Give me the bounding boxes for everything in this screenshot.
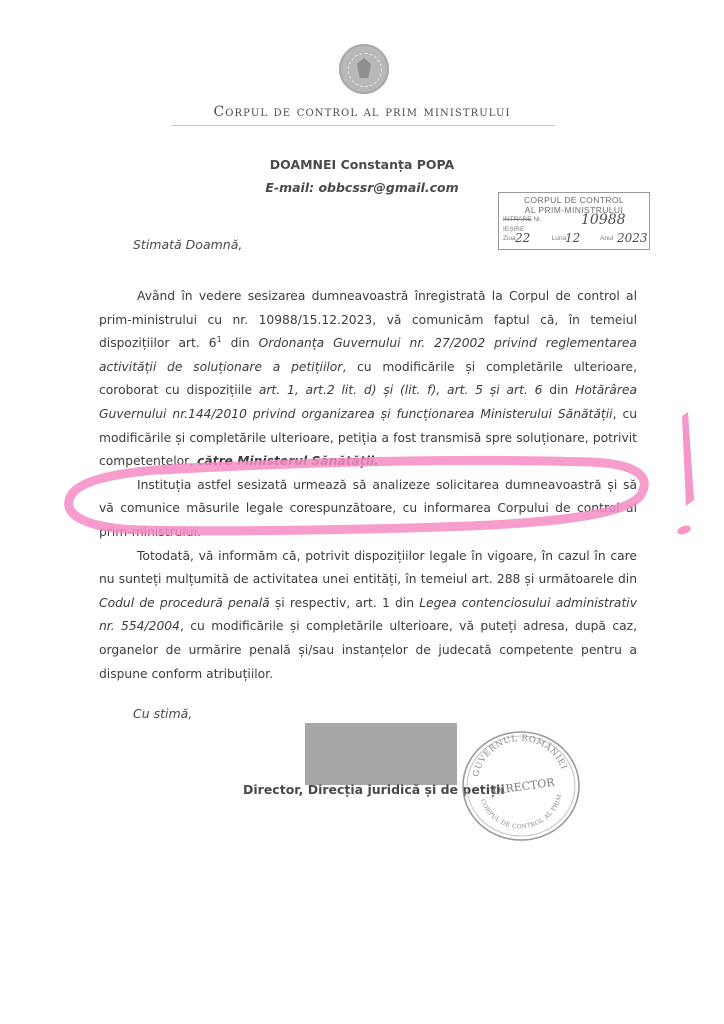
paragraph-3: Totodată, vă informăm că, potrivit dispo… [99,545,637,687]
stamp-number-label: Nr. [533,216,541,223]
letter-body: Având în vedere sesizarea dumneavoastră … [99,285,637,686]
paragraph-2-highlighted: Instituția astfel sesizată urmează să an… [99,474,637,545]
salutation: Stimată Doamnă, [133,237,242,252]
director-seal-icon: GUVERNUL ROMÂNIEI CORPUL DE CONTROL AL P… [458,728,584,844]
svg-text:DIRECTOR: DIRECTOR [492,776,556,798]
stamp-month: 12 [565,231,580,245]
letter-page: Corpul de control al prim ministrului DO… [0,0,724,1024]
stamp-year-label: Anul [600,235,613,242]
stamp-number: 10988 [581,212,626,228]
stamp-year: 2023 [617,231,648,245]
stamp-line-2: AL PRIM-MINISTRULUI [499,205,649,215]
stamp-day: 22 [515,231,530,245]
closing: Cu stimă, [133,706,192,721]
svg-text:GUVERNUL ROMÂNIEI: GUVERNUL ROMÂNIEI [471,734,568,778]
stamp-day-label: Ziua [503,235,516,242]
header-divider [172,125,555,126]
redacted-signature [305,723,457,785]
recipient-name: DOAMNEI Constanța POPA [0,157,724,172]
stamp-line-1: CORPUL DE CONTROL [499,195,649,205]
organization-title: Corpul de control al prim ministrului [0,104,724,120]
exclamation-mark-icon [682,412,694,506]
registration-stamp: CORPUL DE CONTROL AL PRIM-MINISTRULUI IN… [498,192,650,250]
paragraph-1: Având în vedere sesizarea dumneavoastră … [99,285,637,474]
stamp-entry-label: INTRARE [503,216,532,223]
government-emblem-icon [339,44,389,94]
stamp-month-label: Luna [552,235,566,242]
